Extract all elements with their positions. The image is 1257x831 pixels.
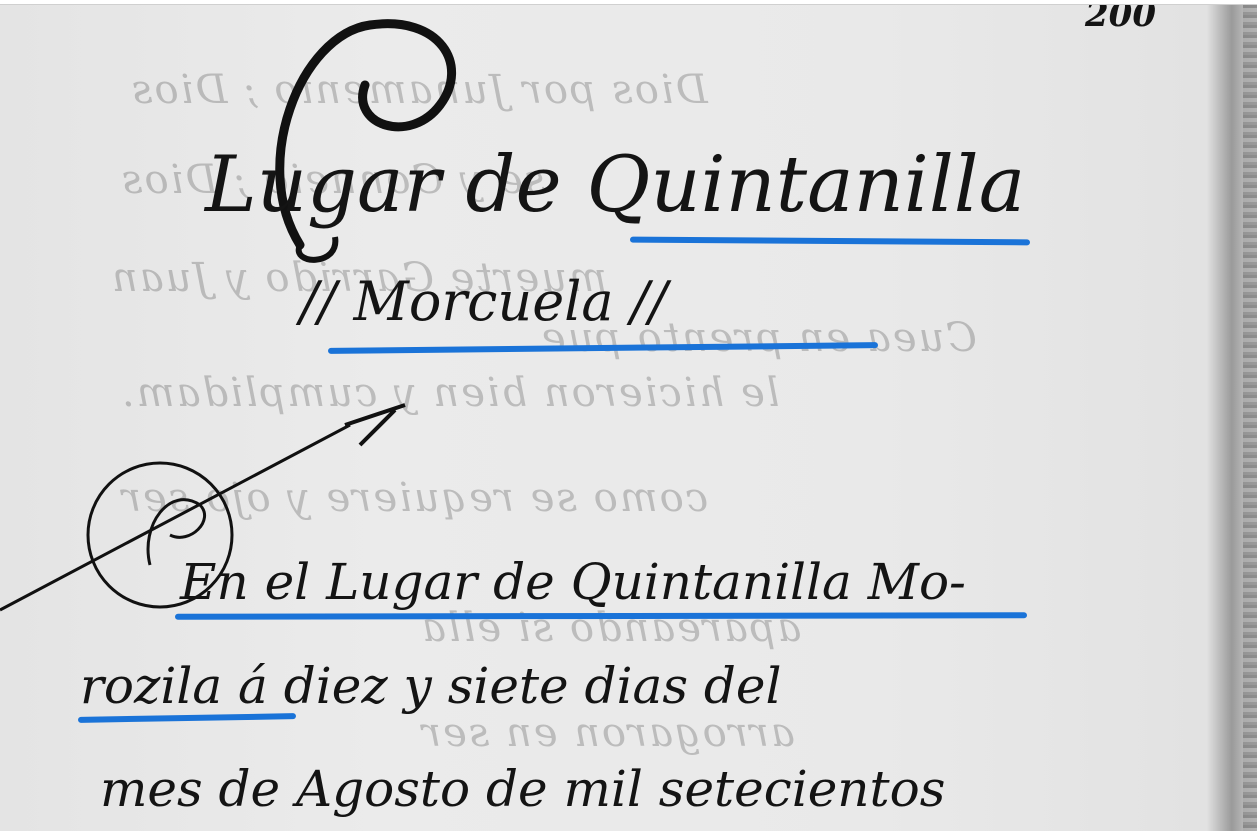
- entry-line: mes de Agosto de mil setecientos: [100, 760, 945, 818]
- binding-edge: [1243, 5, 1257, 831]
- heading-sub-name: // Morcuela //: [300, 270, 667, 333]
- heading-place-name: Lugar de Quintanilla: [205, 140, 1025, 230]
- entry-line: En el Lugar de Quintanilla Mo-: [180, 553, 966, 611]
- manuscript-page: Dios por Junamenio ; Dios se y Conneio ;…: [0, 4, 1257, 831]
- entry-line: rozila á diez y siete dias del: [80, 657, 781, 715]
